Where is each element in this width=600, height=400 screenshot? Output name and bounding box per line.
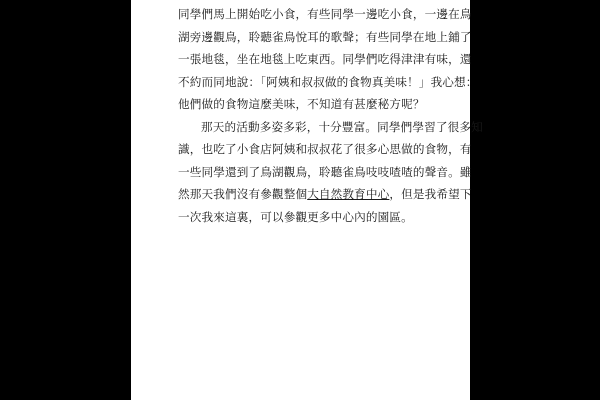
underlined-place-name: 大自然教育中心: [307, 187, 389, 201]
text-line: 一些同學還到了鳥湖觀鳥，聆聽雀鳥吱吱喳喳的聲音。雖: [178, 161, 428, 184]
text-line: 一張地毯，坐在地毯上吃東西。同學們吃得津津有味，還: [178, 48, 428, 71]
text-segment: 然那天我們沒有參觀整個: [178, 187, 307, 201]
text-line: 不約而同地說：「阿姨和叔叔做的食物真美味！」我心想：: [178, 71, 428, 94]
text-line: 然那天我們沒有參觀整個大自然教育中心，但是我希望下: [178, 183, 428, 206]
text-line: 同學們馬上開始吃小食，有些同學一邊吃小食，一邊在鳥: [178, 3, 428, 26]
paragraph-start-line: 那天的活動多姿多彩，十分豐富。同學們學習了很多知: [178, 116, 428, 139]
document-body: 同學們馬上開始吃小食，有些同學一邊吃小食，一邊在鳥 湖旁邊觀鳥，聆聽雀鳥悅耳的歌…: [178, 3, 428, 228]
text-line: 湖旁邊觀鳥，聆聽雀鳥悅耳的歌聲；有些同學在地上鋪了: [178, 26, 428, 49]
text-line: 他們做的食物這麼美味，不知道有甚麼秘方呢？: [178, 93, 428, 116]
text-line: 識，也吃了小食店阿姨和叔叔花了很多心思做的食物，有: [178, 138, 428, 161]
document-page: 同學們馬上開始吃小食，有些同學一邊吃小食，一邊在鳥 湖旁邊觀鳥，聆聽雀鳥悅耳的歌…: [131, 0, 470, 400]
text-line: 一次我來這裏，可以參觀更多中心內的園區。: [178, 206, 428, 229]
text-segment: ，但是我希望下: [389, 187, 471, 201]
